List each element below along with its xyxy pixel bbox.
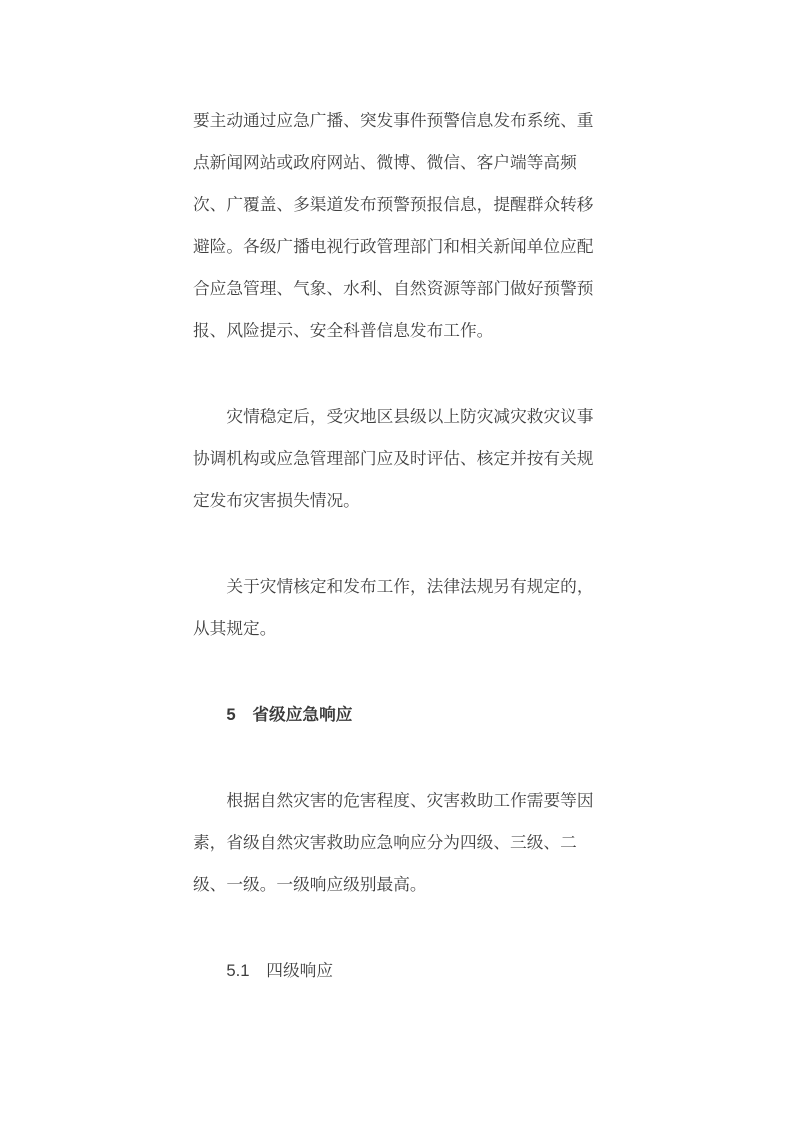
subsection-heading-level4-response: 5.1 四级响应 (193, 950, 610, 992)
document-content: 要主动通过应急广播、突发事件预警信息发布系统、重点新闻网站或政府网站、微博、微信… (193, 0, 610, 992)
section-heading-provincial-response: 5 省级应急响应 (193, 694, 610, 736)
paragraph-response-levels: 根据自然灾害的危害程度、灾害救助工作需要等因素，省级自然灾害救助应急响应分为四级… (193, 780, 610, 906)
paragraph-warning-broadcast: 要主动通过应急广播、突发事件预警信息发布系统、重点新闻网站或政府网站、微博、微信… (193, 100, 610, 352)
paragraph-disaster-assessment: 灾情稳定后，受灾地区县级以上防灾减灾救灾议事协调机构或应急管理部门应及时评估、核… (193, 396, 610, 522)
paragraph-legal-provision: 关于灾情核定和发布工作，法律法规另有规定的，从其规定。 (193, 566, 610, 650)
document-page: 要主动通过应急广播、突发事件预警信息发布系统、重点新闻网站或政府网站、微博、微信… (0, 0, 793, 1122)
